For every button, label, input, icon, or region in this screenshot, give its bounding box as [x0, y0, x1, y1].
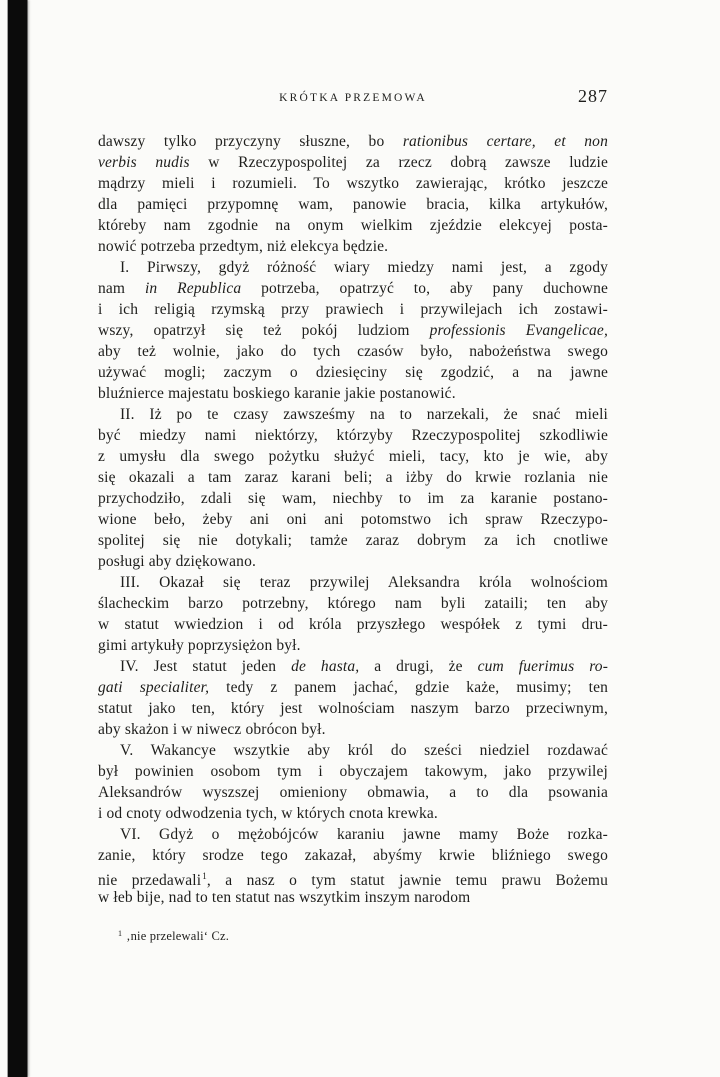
text-line: V. Wakancye wszytkie aby król do sześci … [98, 740, 608, 761]
text-line: wszy, opatrzył się też pokój ludziom pro… [98, 320, 608, 341]
text-segment: się okazali a tam zaraz karani beli; a i… [98, 469, 608, 486]
text-segment: dawszy tylko przyczyny słuszne, bo [98, 133, 403, 150]
text-segment: zanie, który srodze tego zakazał, abyśmy… [98, 847, 608, 864]
text-line: aby też wolnie, jako do tych czasów było… [98, 341, 608, 362]
text-line: zanie, który srodze tego zakazał, abyśmy… [98, 845, 608, 866]
text-line: posługi aby dziękowano. [98, 551, 608, 572]
text-line: z umysłu dla swego pożytku służyć mieli,… [98, 446, 608, 467]
text-segment: wione beło, żeby ani oni ani potomstwo i… [98, 511, 608, 528]
text-segment: professionis Evangelicae, [430, 322, 608, 339]
text-line: IV. Jest statut jeden de hasta, a drugi,… [98, 656, 608, 677]
text-line: dawszy tylko przyczyny słuszne, bo ratio… [98, 131, 608, 152]
text-line: gimi artykuły poprzysiężon był. [98, 635, 608, 656]
text-line: przychodziło, zdali się wam, niechby to … [98, 488, 608, 509]
text-segment: z umysłu dla swego pożytku służyć mieli,… [98, 448, 608, 465]
text-segment: in Republica [145, 280, 241, 297]
text-line: spolitej się nie dotykali; tamże zaraz d… [98, 530, 608, 551]
text-line: w statut wwiedzion i od króla przyszłego… [98, 614, 608, 635]
text-line: Aleksandrów wyszszej omieniony obmawia, … [98, 782, 608, 803]
text-line: w łeb bije, nad to ten statut nas wszytk… [98, 887, 608, 908]
text-line: VI. Gdyż o mężobójców karaniu jawne mamy… [98, 824, 608, 845]
text-segment: mądrzy mieli i rozumieli. To wszytko zaw… [98, 175, 608, 192]
text-segment: statut jako ten, który jest wolnościam n… [98, 700, 608, 717]
text-segment: nam [98, 280, 145, 297]
page-header: KRÓTKA PRZEMOWA 287 [98, 88, 608, 108]
text-segment: gimi artykuły poprzysiężon był. [98, 637, 301, 654]
text-line: nie przedawali1, a nasz o tym statut jaw… [98, 866, 608, 887]
text-line: być miedzy nami niektórzy, którzyby Rzec… [98, 425, 608, 446]
footnote-marker: 1 [118, 929, 122, 938]
text-line: aby skażon i w niwecz obrócon był. [98, 719, 608, 740]
text-line: i od cnoty odwodzenia tych, w których cn… [98, 803, 608, 824]
text-segment: de hasta, [291, 658, 359, 675]
text-segment: II. Iż po te czasy zawsześmy na to narze… [120, 406, 608, 423]
text-segment: potrzeba, opatrzyć to, aby pany duchowne [241, 280, 608, 297]
text-line: bluźnierce majestatu boskiego karanie ja… [98, 383, 608, 404]
text-line: nowić potrzeba przedtym, niż elekcya będ… [98, 236, 608, 257]
page-number: 287 [578, 86, 608, 107]
text-segment: aby też wolnie, jako do tych czasów było… [98, 343, 608, 360]
text-segment: posługi aby dziękowano. [98, 553, 256, 570]
footnote-text: ‚nie przelewali‘ Cz. [126, 929, 229, 943]
text-segment: ślacheckim barzo potrzebny, którego nam … [98, 595, 608, 612]
text-line: II. Iż po te czasy zawsześmy na to narze… [98, 404, 608, 425]
text-segment: Aleksandrów wyszszej omieniony obmawia, … [98, 784, 608, 801]
text-segment: aby skażon i w niwecz obrócon był. [98, 721, 326, 738]
text-segment: używać mogli; zaczym o dziesięciny się z… [98, 364, 608, 381]
text-segment: spolitej się nie dotykali; tamże zaraz d… [98, 532, 608, 549]
text-line: statut jako ten, który jest wolnościam n… [98, 698, 608, 719]
page-body: dawszy tylko przyczyny słuszne, bo ratio… [98, 131, 608, 908]
text-line: się okazali a tam zaraz karani beli; a i… [98, 467, 608, 488]
text-segment: któreby nam zgodnie na onym wielkim zjeź… [98, 217, 608, 234]
text-line: mądrzy mieli i rozumieli. To wszytko zaw… [98, 173, 608, 194]
text-line: był powinien osobom tym i obyczajem tako… [98, 761, 608, 782]
text-line: nam in Republica potrzeba, opatrzyć to, … [98, 278, 608, 299]
text-segment: VI. Gdyż o mężobójców karaniu jawne mamy… [120, 826, 608, 843]
text-segment: był powinien osobom tym i obyczajem tako… [98, 763, 608, 780]
text-segment: cum fuerimus ro- [478, 658, 608, 675]
text-line: III. Okazał się teraz przywilej Aleksand… [98, 572, 608, 593]
footnote: 1‚nie przelewali‘ Cz. [118, 929, 229, 944]
text-segment: w łeb bije, nad to ten statut nas wszytk… [98, 889, 470, 906]
text-segment: w statut wwiedzion i od króla przyszłego… [98, 616, 608, 633]
text-segment: w Rzeczypospolitej za rzecz dobrą zawsze… [190, 154, 608, 171]
text-segment: nowić potrzeba przedtym, niż elekcya będ… [98, 238, 388, 255]
text-line: I. Pirwszy, gdyż różność wiary miedzy na… [98, 257, 608, 278]
running-title: KRÓTKA PRZEMOWA [98, 92, 608, 104]
text-segment: tedy z panem jachać, gdzie każe, musimy;… [209, 679, 608, 696]
text-segment: I. Pirwszy, gdyż różność wiary miedzy na… [120, 259, 608, 276]
text-segment: dla pamięci przypomnę wam, panowie braci… [98, 196, 608, 213]
text-segment: gati specialiter, [98, 679, 209, 696]
text-line: dla pamięci przypomnę wam, panowie braci… [98, 194, 608, 215]
scan-gutter-shadow [8, 0, 27, 1077]
text-line: i ich religią rzymską przy prawiech i pr… [98, 299, 608, 320]
text-segment: III. Okazał się teraz przywilej Aleksand… [120, 574, 608, 591]
text-segment: bluźnierce majestatu boskiego karanie ja… [98, 385, 456, 402]
text-line: ślacheckim barzo potrzebny, którego nam … [98, 593, 608, 614]
text-line: wione beło, żeby ani oni ani potomstwo i… [98, 509, 608, 530]
text-segment: verbis nudis [98, 154, 190, 171]
text-segment: być miedzy nami niektórzy, którzyby Rzec… [98, 427, 608, 444]
text-segment: i od cnoty odwodzenia tych, w których cn… [98, 805, 438, 822]
text-line: używać mogli; zaczym o dziesięciny się z… [98, 362, 608, 383]
text-segment: rationibus certare, et non [403, 133, 608, 150]
text-segment: IV. Jest statut jeden [120, 658, 291, 675]
text-segment: wszy, opatrzył się też pokój ludziom [98, 322, 430, 339]
text-segment: przychodziło, zdali się wam, niechby to … [98, 490, 608, 507]
text-segment: a drugi, że [359, 658, 477, 675]
scanned-book-page: KRÓTKA PRZEMOWA 287 dawszy tylko przyczy… [0, 0, 720, 1077]
text-segment: i ich religią rzymską przy prawiech i pr… [98, 301, 608, 318]
text-line: gati specialiter, tedy z panem jachać, g… [98, 677, 608, 698]
text-line: verbis nudis w Rzeczypospolitej za rzecz… [98, 152, 608, 173]
text-segment: V. Wakancye wszytkie aby król do sześci … [120, 742, 608, 759]
text-line: któreby nam zgodnie na onym wielkim zjeź… [98, 215, 608, 236]
